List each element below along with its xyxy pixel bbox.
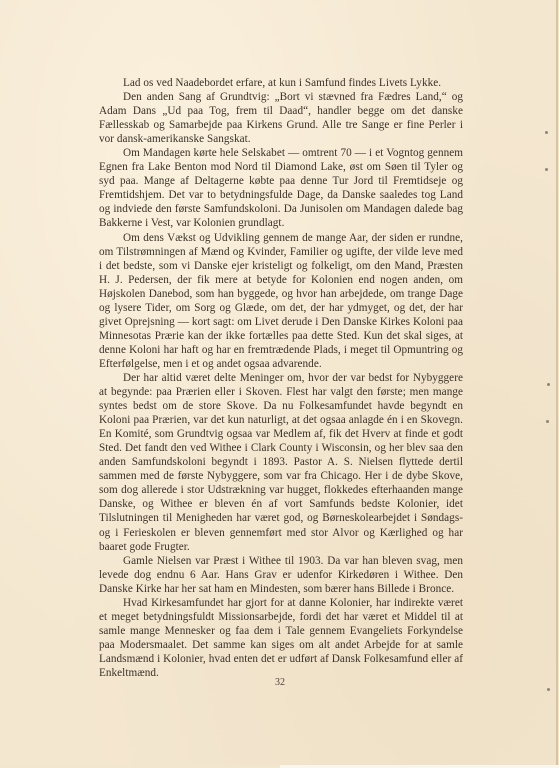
paragraph: Om Mandagen kørte hele Selskabet — omtre… <box>99 146 463 230</box>
paragraph: Lad os ved Naadebordet erfare, at kun i … <box>99 76 463 90</box>
paper-speck-mark <box>547 383 550 386</box>
paragraph: Gamle Nielsen var Præst i Withee til 190… <box>99 554 463 596</box>
paragraph: Hvad Kirkesamfundet har gjort for at dan… <box>99 596 463 680</box>
paragraph: Der har altid været delte Meninger om, h… <box>99 371 463 554</box>
page-number: 32 <box>272 677 288 688</box>
paragraph: Om dens Vækst og Udvikling gennem de man… <box>99 231 463 371</box>
paper-speck-mark <box>546 420 549 423</box>
paragraph: Den anden Sang af Grundtvig: „Bort vi st… <box>99 90 463 146</box>
paper-speck-mark <box>547 688 550 691</box>
scanned-page: Lad os ved Naadebordet erfare, at kun i … <box>0 0 558 765</box>
paper-speck-mark <box>545 131 548 134</box>
body-text: Lad os ved Naadebordet erfare, at kun i … <box>99 76 463 680</box>
paper-speck-mark <box>545 168 548 171</box>
